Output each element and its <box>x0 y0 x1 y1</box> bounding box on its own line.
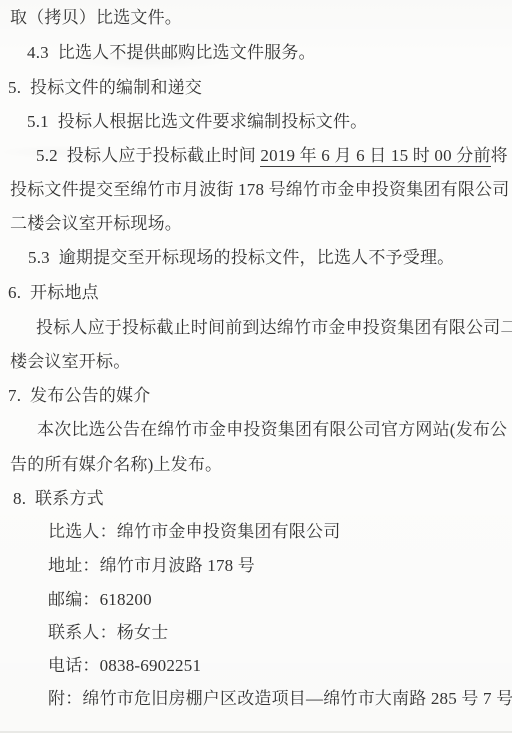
document-heading-section-5: 5. 投标文件的编制和递交 <box>8 78 202 98</box>
document-line: 取（拷贝）比选文件。 <box>10 8 182 28</box>
contact-line-postcode: 邮编：618200 <box>48 590 152 610</box>
deadline-suffix: 将 <box>491 146 508 165</box>
document-line-clause-4-3: 4.3 比选人不提供邮购比选文件服务。 <box>27 43 316 63</box>
contact-line-phone: 电话：0838-6902251 <box>48 656 201 676</box>
contact-line-address: 地址：绵竹市月波路 178 号 <box>48 556 255 576</box>
document-line: 二楼会议室开标现场。 <box>10 214 182 234</box>
document-line: 楼会议室开标。 <box>10 352 130 372</box>
document-line: 投标人应于投标截止时间前到达绵竹市金申投资集团有限公司二 <box>36 318 512 338</box>
document-line: 投标文件提交至绵竹市月波街 178 号绵竹市金申投资集团有限公司 <box>10 180 509 200</box>
deadline-underlined-date: 2019 年 6 月 6 日 15 时 00 分前 <box>260 146 490 167</box>
document-line-clause-5-3: 5.3 逾期提交至开标现场的投标文件，比选人不予受理。 <box>28 248 454 268</box>
document-line-clause-5-1: 5.1 投标人根据比选文件要求编制投标文件。 <box>27 112 367 132</box>
contact-line-person: 联系人：杨女士 <box>48 623 168 643</box>
contact-line-attachment: 附：绵竹市危旧房棚户区改造项目—绵竹市大南路 285 号 7 号楼 <box>48 689 512 709</box>
contact-line-bixuanren: 比选人：绵竹市金申投资集团有限公司 <box>48 522 340 542</box>
document-line: 告的所有媒介名称)上发布。 <box>10 455 222 475</box>
deadline-prefix: 5.2 投标人应于投标截止时间 <box>36 146 260 165</box>
document-line: 本次比选公告在绵竹市金申投资集团有限公司官方网站(发布公 <box>37 420 507 440</box>
document-heading-section-6: 6. 开标地点 <box>8 283 99 303</box>
document-heading-section-8: 8. 联系方式 <box>13 489 104 509</box>
document-line-clause-5-2: 5.2 投标人应于投标截止时间 2019 年 6 月 6 日 15 时 00 分… <box>36 146 508 166</box>
document-heading-section-7: 7. 发布公告的媒介 <box>8 386 150 406</box>
document-page: 取（拷贝）比选文件。 4.3 比选人不提供邮购比选文件服务。 5. 投标文件的编… <box>0 0 512 733</box>
